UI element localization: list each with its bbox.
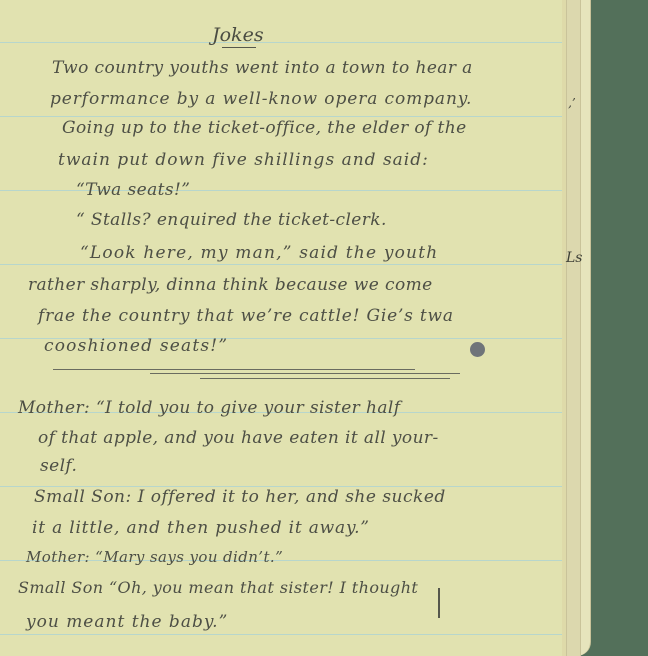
ink-dot	[470, 342, 485, 357]
joke1-line-5: “Twa seats!”	[76, 180, 190, 200]
joke2-line-1: Mother: “I told you to give your sister …	[18, 398, 400, 418]
joke1-line-10: cooshioned seats!”	[44, 336, 228, 356]
joke2-line-6: Mother: “Mary says you didn’t.”	[26, 548, 283, 566]
page-title: Jokes	[212, 24, 264, 46]
joke1-line-6: “ Stalls? enquired the ticket-clerk.	[76, 210, 387, 230]
title-underline	[222, 47, 256, 48]
joke2-line-8: you meant the baby.”	[26, 612, 228, 632]
separator-line	[53, 369, 415, 370]
joke1-line-4: twain put down five shillings and said:	[58, 150, 429, 170]
joke1-line-1: Two country youths went into a town to h…	[52, 58, 473, 78]
joke1-line-9: frae the country that we’re cattle! Gie’…	[38, 306, 454, 326]
joke2-line-2: of that apple, and you have eaten it all…	[38, 428, 439, 448]
joke2-line-5: it a little, and then pushed it away.”	[32, 518, 370, 538]
joke2-line-3: self.	[40, 456, 77, 476]
joke1-line-3: Going up to the ticket-office, the elder…	[62, 118, 467, 138]
margin-mark: ‚’	[568, 96, 576, 110]
margin-mark: Ls	[566, 250, 582, 266]
joke2-line-7: Small Son “Oh, you mean that sister! I t…	[18, 578, 418, 597]
notebook-page-stack: Jokes Two country youths went into a tow…	[0, 0, 592, 656]
joke2-line-4: Small Son: I offered it to her, and she …	[34, 487, 446, 507]
separator-line	[150, 373, 460, 374]
notebook-page: Jokes Two country youths went into a tow…	[0, 0, 562, 656]
joke1-line-8: rather sharply, dinna think because we c…	[28, 275, 433, 295]
separator-line	[200, 378, 450, 379]
pen-stroke	[438, 588, 440, 618]
joke1-line-2: performance by a well-know opera company…	[50, 89, 472, 109]
joke1-line-7: “Look here, my man,” said the youth	[80, 243, 438, 263]
